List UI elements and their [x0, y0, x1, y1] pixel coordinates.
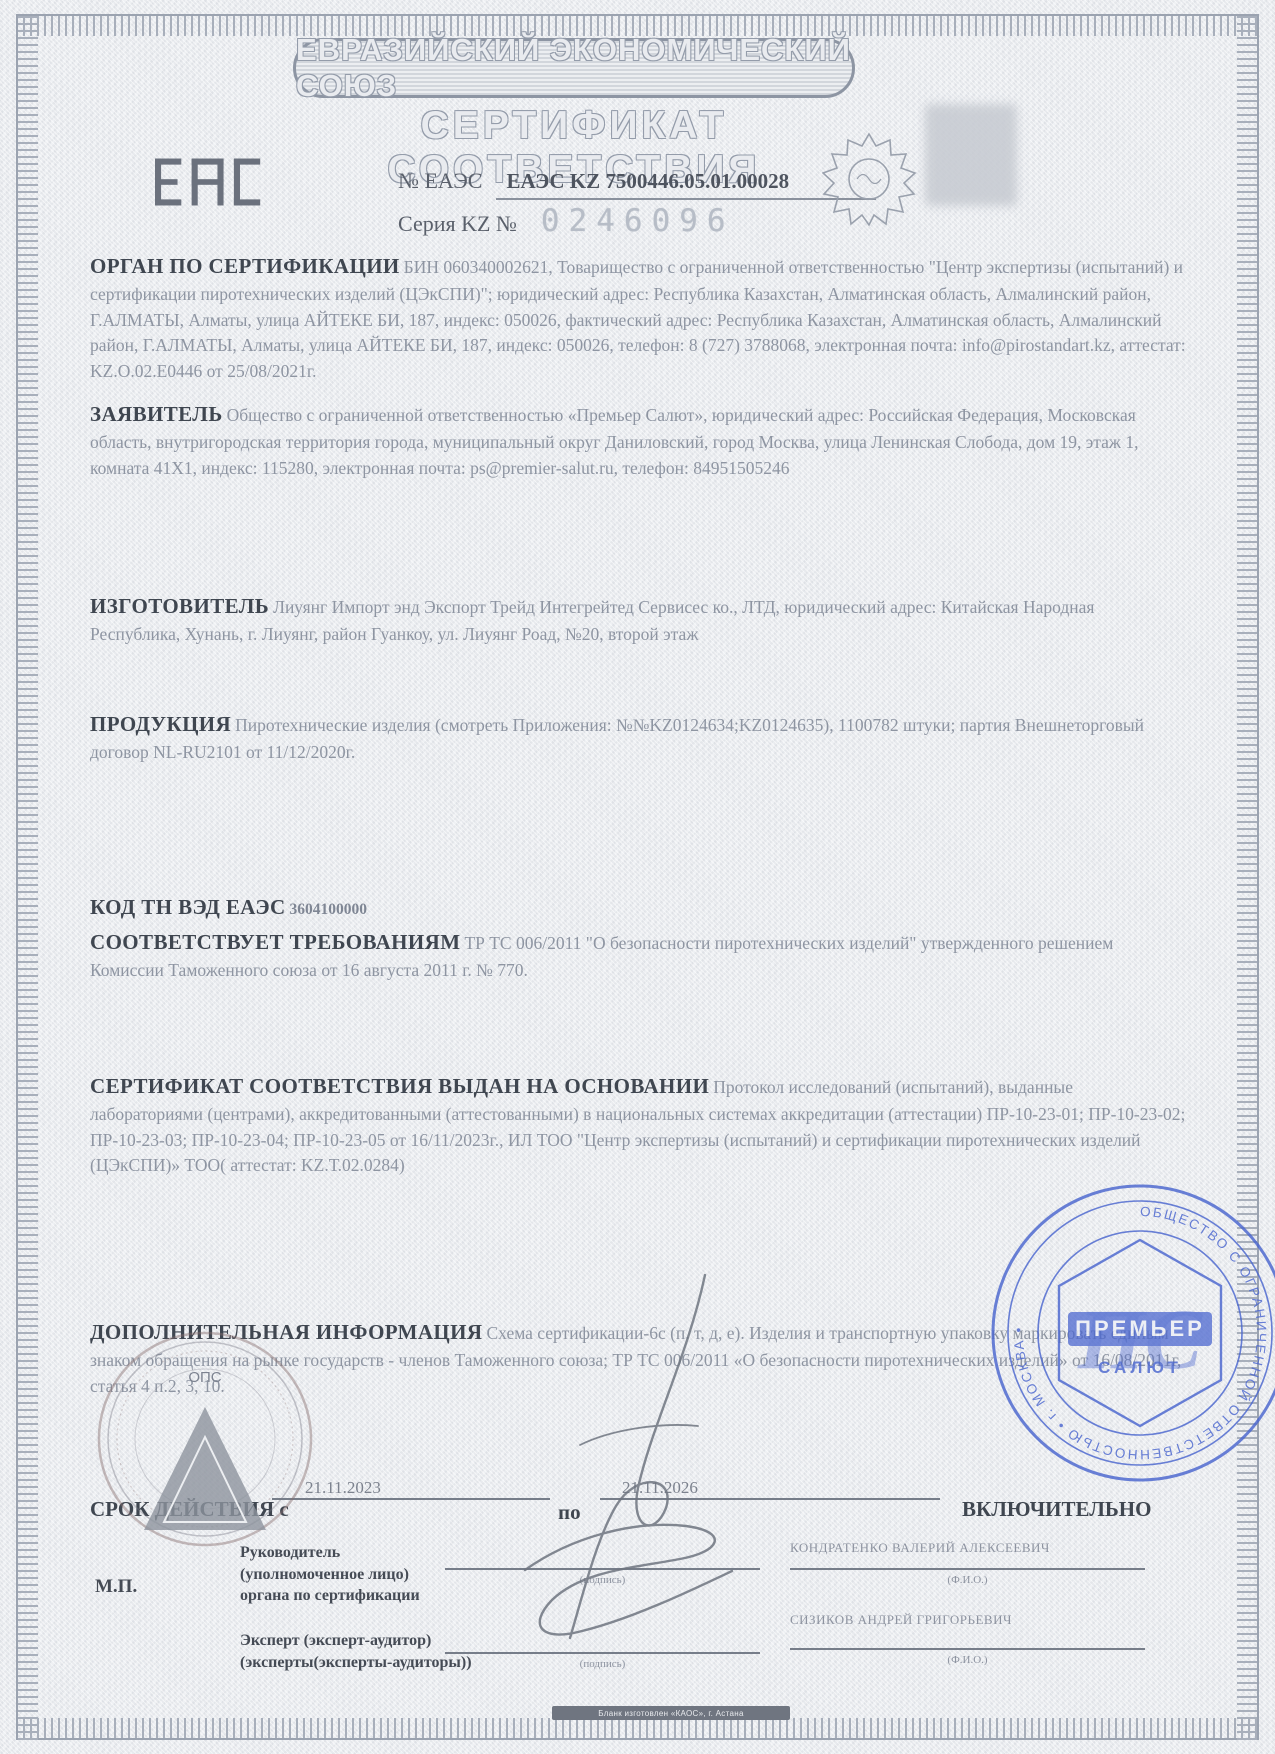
number-label: № ЕАЭС [398, 168, 482, 194]
section-title: ЗАЯВИТЕЛЬ [90, 402, 223, 426]
embossed-star-seal-icon [822, 132, 917, 232]
certification-body-stamp: ОПС [88, 1312, 323, 1572]
section-title: СЕРТИФИКАТ СООТВЕТСТВИЯ ВЫДАН НА ОСНОВАН… [90, 1074, 709, 1098]
series-value: 0246096 [541, 203, 735, 239]
blue-stamp-ribbon-text: ПРЕМЬЕР [1075, 1316, 1205, 1341]
fio-caption-expert: (Ф.И.О.) [790, 1654, 1145, 1666]
certificate-page: ЕВРАЗИЙСКИЙ ЭКОНОМИЧЕСКИЙ СОЮЗ СЕРТИФИКА… [0, 0, 1275, 1754]
blue-stamp-sub-text: САЛЮТ [1098, 1358, 1182, 1377]
section-title: КОД ТН ВЭД ЕАЭС [90, 895, 286, 919]
certificate-number-row: № ЕАЭСЕАЭС KZ 7500446.05.01.00028 [398, 168, 876, 200]
company-stamp: ОБЩЕСТВО С ОГРАНИЧЕННОЙ ОТВЕТСТВЕННОСТЬЮ… [985, 1178, 1275, 1493]
section-body: Общество с ограниченной ответственностью… [90, 405, 1139, 478]
section-issued-basis: СЕРТИФИКАТ СООТВЕТСТВИЯ ВЫДАН НА ОСНОВАН… [90, 1072, 1186, 1179]
fio-line-head [790, 1568, 1145, 1570]
section-title: ИЗГОТОВИТЕЛЬ [90, 594, 269, 618]
fio-caption-head: (Ф.И.О.) [790, 1574, 1145, 1586]
number-value: ЕАЭС KZ 7500446.05.01.00028 [496, 169, 876, 200]
union-banner-text: ЕВРАЗИЙСКИЙ ЭКОНОМИЧЕСКИЙ СОЮЗ [296, 32, 852, 104]
section-title: СООТВЕТСТВУЕТ ТРЕБОВАНИЯМ [90, 930, 460, 954]
blank-print-info: Бланк изготовлен «КАОС», г. Астана [552, 1706, 790, 1720]
section-applicant: ЗАЯВИТЕЛЬ Общество с ограниченной ответс… [90, 400, 1186, 481]
section-body: Пиротехнические изделия (смотреть Прилож… [90, 715, 1144, 762]
mp-label: М.П. [95, 1576, 137, 1598]
eac-mark-icon [155, 133, 263, 236]
signer-name-head: КОНДРАТЕНКО ВАЛЕРИЙ АЛЕКСЕЕВИЧ [790, 1540, 1050, 1556]
border-ornament-left [16, 14, 38, 1740]
left-stamp-text: ОПС [188, 1369, 221, 1386]
section-products: ПРОДУКЦИЯ Пиротехнические изделия (смотр… [90, 710, 1186, 766]
validity-suffix: ВКЛЮЧИТЕЛЬНО [962, 1497, 1151, 1522]
section-title: ОРГАН ПО СЕРТИФИКАЦИИ [90, 254, 400, 278]
section-meets-requirements: СООТВЕТСТВУЕТ ТРЕБОВАНИЯМ ТР ТС 006/2011… [90, 928, 1186, 984]
section-title: ПРОДУКЦИЯ [90, 712, 231, 736]
section-tnved-code: КОД ТН ВЭД ЕАЭС 3604100000 [90, 893, 1186, 923]
redacted-region [925, 104, 1017, 206]
series-row: Серия KZ №0246096 [398, 203, 735, 239]
section-body: 3604100000 [290, 901, 368, 918]
union-banner: ЕВРАЗИЙСКИЙ ЭКОНОМИЧЕСКИЙ СОЮЗ [293, 38, 855, 98]
handwritten-signature-icon [430, 1240, 790, 1665]
section-manufacturer: ИЗГОТОВИТЕЛЬ Лиуянг Импорт энд Экспорт Т… [90, 592, 1186, 648]
border-ornament-bottom [16, 1718, 1259, 1740]
series-label: Серия KZ № [398, 211, 517, 237]
signer-name-expert: СИЗИКОВ АНДРЕЙ ГРИГОРЬЕВИЧ [790, 1612, 1012, 1628]
section-certification-body: ОРГАН ПО СЕРТИФИКАЦИИ БИН 060340002621, … [90, 252, 1186, 385]
fio-line-expert [790, 1648, 1145, 1650]
